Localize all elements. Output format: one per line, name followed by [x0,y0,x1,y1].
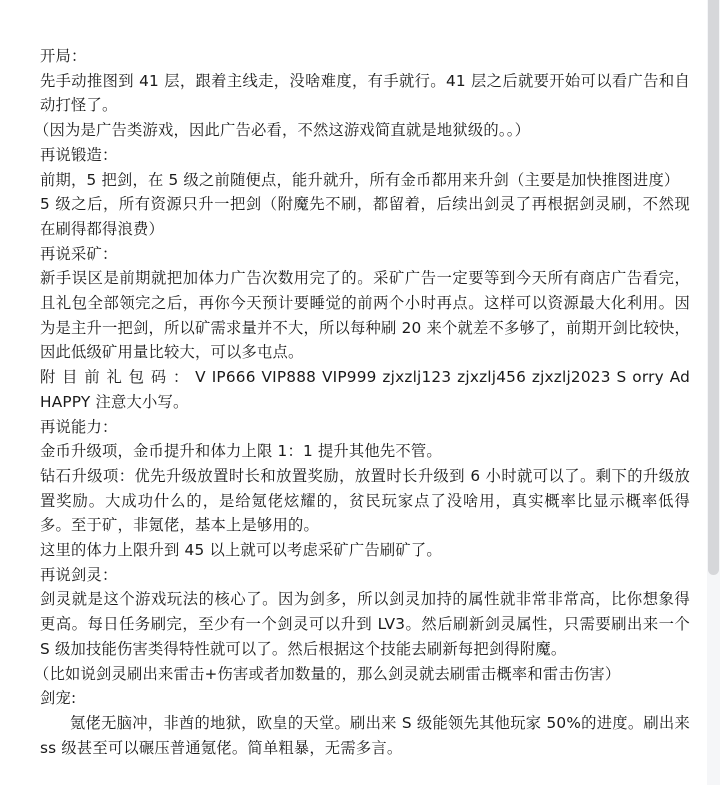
paragraph: 新手误区是前期就把加体力广告次数用完了的。采矿广告一定要等到今天所有商店广告看完… [40,266,690,365]
heading-mining: 再说采矿： [40,242,690,267]
paragraph: 金币升级项，金币提升和体力上限 1：1 提升其他先不管。 [40,439,690,464]
paragraph: 先手动推图到 41 层，跟着主线走，没啥难度，有手就行。41 层之后就要开始可以… [40,69,690,118]
heading-forging: 再说锻造： [40,143,690,168]
heading-sword-pet: 剑宠: [40,686,690,711]
gift-codes-paragraph: 附 目 前 礼 包 码 ： V IP666 VIP888 VIP999 zjxz… [40,365,690,414]
paragraph: 这里的体力上限升到 45 以上就可以考虑采矿广告刷矿了。 [40,538,690,563]
heading-abilities: 再说能力： [40,415,690,440]
paragraph-note: （因为是广告类游戏，因此广告必看，不然这游戏简直就是地狱级的。。） [40,118,690,143]
vertical-scrollbar-track[interactable] [707,0,720,785]
paragraph-note: （比如说剑灵刷出来雷击+伤害或者加数量的，那么剑灵就去刷雷击概率和雷击伤害） [40,662,690,687]
paragraph: 前期，5 把剑，在 5 级之前随便点，能升就升，所有金币都用来升剑（主要是加快推… [40,168,690,193]
paragraph: 钻石升级项：优先升级放置时长和放置奖励，放置时长升级到 6 小时就可以了。剩下的… [40,464,690,538]
paragraph: 剑灵就是这个游戏玩法的核心了。因为剑多，所以剑灵加持的属性就非常非常高，比你想象… [40,587,690,661]
vertical-scrollbar-thumb[interactable] [708,0,719,575]
heading-opening: 开局： [40,44,690,69]
heading-sword-spirit: 再说剑灵： [40,563,690,588]
paragraph: 氪佬无脑冲，非酋的地狱，欧皇的天堂。刷出来 S 级能领先其他玩家 50%的进度。… [40,711,690,760]
document-body: 开局： 先手动推图到 41 层，跟着主线走，没啥难度，有手就行。41 层之后就要… [40,44,690,760]
paragraph: 5 级之后，所有资源只升一把剑（附魔先不刷，都留着，后续出剑灵了再根据剑灵刷，不… [40,192,690,241]
